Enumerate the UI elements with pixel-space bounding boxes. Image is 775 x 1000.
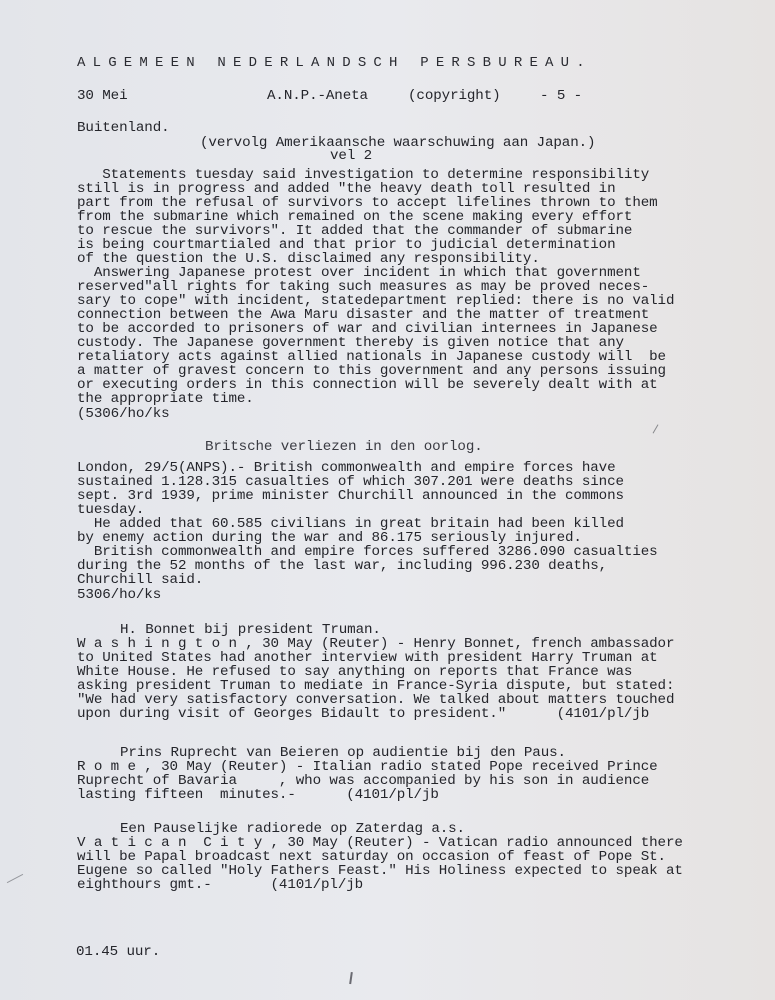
paper-mark: [349, 972, 352, 984]
sheet-number: vel 2: [330, 149, 372, 164]
paragraph-line: eighthours gmt.- (4101/pl/jb: [77, 878, 363, 893]
page-number: - 5 -: [540, 89, 582, 104]
reference-code: 5306/ho/ks: [77, 588, 161, 603]
paragraph-line: sept. 3rd 1939, prime minister Churchill…: [77, 489, 624, 504]
article-title: Britsche verliezen in den oorlog.: [205, 440, 483, 455]
paragraph-line: upon during visit of Georges Bidault to …: [77, 707, 649, 722]
date: 30 Mei: [77, 89, 127, 104]
continuation-title: (vervolg Amerikaansche waarschuwing aan …: [200, 136, 595, 151]
paragraph-line: Churchill said.: [77, 573, 203, 588]
reference-code: (5306/ho/ks: [77, 407, 170, 422]
agency-header: ALGEMEEN NEDERLANDSCH PERSBUREAU.: [77, 56, 592, 71]
paper-mark: [653, 424, 659, 433]
document-page: ALGEMEEN NEDERLANDSCH PERSBUREAU. 30 Mei…: [0, 0, 775, 1000]
footer-time: 01.45 uur.: [76, 945, 160, 960]
source: A.N.P.-Aneta: [267, 89, 368, 104]
paper-mark: [7, 874, 23, 883]
paragraph-line: the appropriate time.: [77, 392, 254, 407]
copyright: (copyright): [408, 89, 501, 104]
section-label: Buitenland.: [77, 121, 170, 136]
paragraph-line: lasting fifteen minutes.- (4101/pl/jb: [77, 788, 439, 803]
